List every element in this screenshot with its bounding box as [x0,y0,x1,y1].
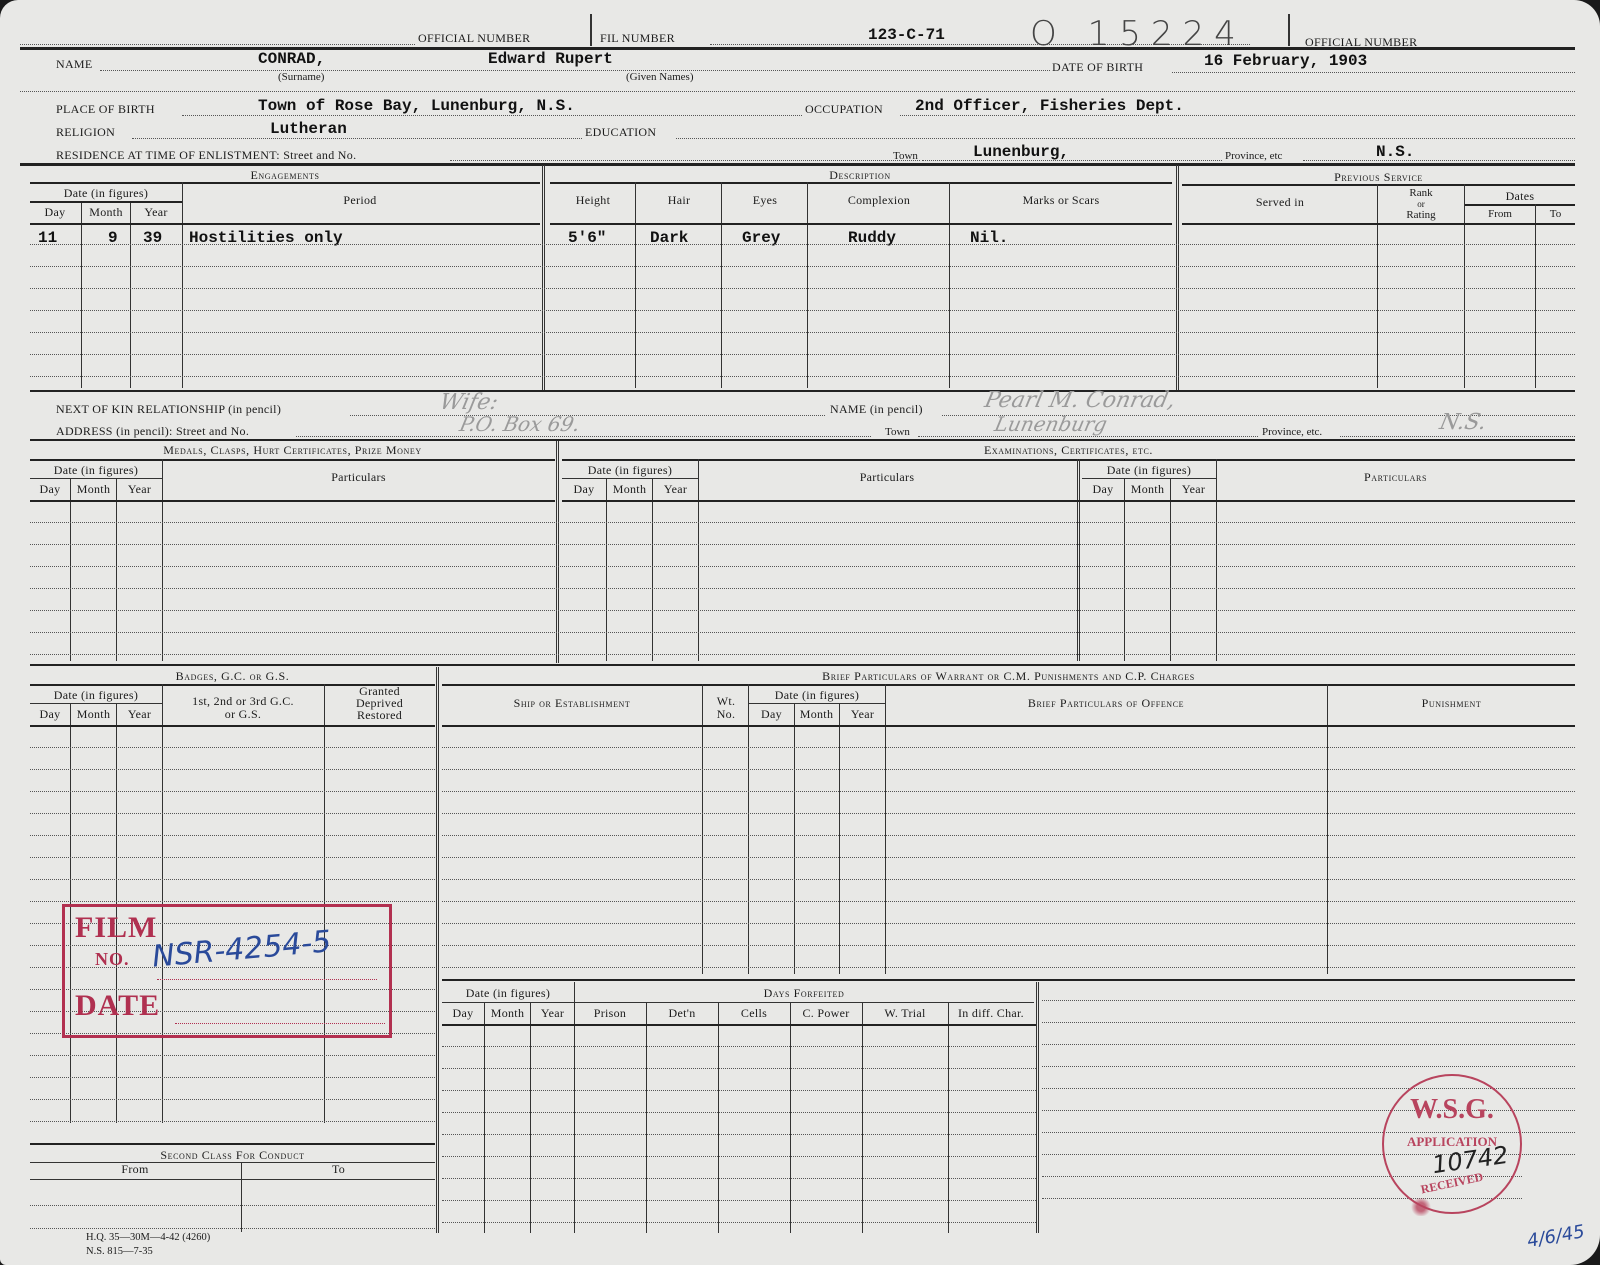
col-divider [1327,684,1328,974]
medals-particulars-header: Particulars [162,470,555,485]
dotted-line [132,138,582,139]
dotted-line [676,138,1575,139]
surname-value: CONRAD, [258,50,325,68]
rule [30,478,162,479]
previous-to-header: To [1536,208,1575,220]
wsg-stamp-title: W.S.G. [1384,1094,1520,1126]
rule [30,201,182,203]
rule [550,182,1172,184]
medals-date-header: Date (in figures) [30,463,162,478]
dotted-line [450,160,920,161]
punishments-offence-header: Brief Particulars of Offence [885,696,1327,711]
description-col-eyes: Eyes [722,193,808,208]
dob-label: DATE OF BIRTH [1052,60,1143,75]
previous-dates-header: Dates [1465,189,1575,204]
dotted-line [1303,160,1575,161]
col-divider [652,478,653,661]
divider [590,14,592,46]
exams2-col-month: Month [1125,482,1170,497]
town-value: Lunenburg, [973,143,1069,161]
divider [436,667,439,1233]
previous-from-header: From [1465,208,1535,220]
description-col-complexion: Complexion [808,193,950,208]
given-names-caption: (Given Names) [626,71,694,83]
rule [574,1002,1034,1003]
engagements-col-day: Day [30,205,80,220]
dotted-line [20,91,1575,92]
occupation-value: 2nd Officer, Fisheries Dept. [915,97,1184,115]
punishments-punishment-header: Punishment [1328,696,1575,711]
exams-col-year: Year [653,482,698,497]
col-divider [885,684,886,974]
place-of-birth-value: Town of Rose Bay, Lunenburg, N.S. [258,97,575,115]
rule [30,459,555,461]
punishments-title: Brief Particulars of Warrant or C.M. Pun… [442,669,1575,684]
film-stamp-film: FILM [75,911,157,945]
col-divider [70,478,71,661]
exams-date-header: Date (in figures) [562,463,698,478]
forfeit-date-header: Date (in figures) [442,986,574,1001]
rule [442,1002,574,1003]
religion-label: RELIGION [56,125,115,140]
previous-rank-header: RankorRating [1378,188,1464,221]
rule [442,725,1575,727]
col-divider [130,203,131,388]
film-stamp-date: DATE [75,989,160,1023]
previous-service-title: Previous Service [1182,170,1575,185]
dotted-line [918,436,1258,437]
engagements-date-header: Date (in figures) [30,186,182,201]
engagements-title: Engagements [30,168,540,183]
exams2-col-year: Year [1171,482,1216,497]
film-stamp-line [175,1023,385,1024]
rule [562,500,1575,502]
col-divider [698,459,699,661]
nok-town-label: Town [885,426,910,438]
exams-particulars-header-2: Particulars [1216,470,1575,485]
punishments-ship-header: Ship or Establishment [442,696,702,711]
col-divider [182,182,183,388]
official-number-label-left: OFFICIAL NUMBER [418,31,530,46]
exams-col-month: Month [607,482,652,497]
rule [1182,184,1575,186]
nok-name-value: Pearl M. Conrad, [982,388,1177,413]
religion-value: Lutheran [270,120,347,138]
nok-province-label: Province, etc. [1262,426,1322,438]
nok-name-label: NAME (in pencil) [830,402,923,417]
dotted-line [20,44,415,45]
dotted-line [30,1228,435,1229]
film-stamp-line [157,979,377,980]
description-col-marks: Marks or Scars [950,193,1172,208]
forfeit-col-detn: Det'n [646,1006,718,1021]
file-number-value: 123-C-71 [868,26,945,44]
col-divider [721,182,722,388]
footer-form-code-1: H.Q. 35—30M—4-42 (4260) [86,1232,210,1243]
place-of-birth-label: PLACE OF BIRTH [56,102,155,117]
rule [1465,204,1575,206]
col-divider [116,478,117,661]
forfeit-col-day: Day [442,1006,484,1021]
nok-relationship-label: NEXT OF KIN RELATIONSHIP (in pencil) [56,402,281,417]
description-title: Description [550,168,1170,183]
divider [542,165,545,390]
rule [749,703,885,704]
col-divider [81,203,82,388]
second-class-to: To [242,1162,435,1177]
film-stamp-no: NO. [95,949,130,970]
col-divider [807,182,808,388]
col-divider [949,182,950,388]
col-divider [162,459,163,661]
badges-col-day: Day [30,707,70,722]
punishments-col-month: Month [794,707,839,722]
forfeit-title: Days Forfeited [574,986,1034,1001]
examinations-title: Examinations, Certificates, etc. [562,443,1575,458]
badges-date-header: Date (in figures) [30,688,162,703]
dotted-line [900,115,1575,116]
residence-label: RESIDENCE AT TIME OF ENLISTMENT: Street … [56,148,356,163]
service-record-card: OFFICIAL NUMBER FIL NUMBER 123-C-71 O 15… [0,0,1600,1265]
engagements-col-month: Month [82,205,130,220]
rule [550,223,1172,225]
rule [30,182,540,184]
description-col-hair: Hair [636,193,722,208]
rule [442,684,1575,686]
occupation-label: OCCUPATION [805,102,883,117]
second-class-from: From [30,1162,240,1177]
nok-town-value: Lunenburg [992,412,1109,436]
punishments-col-day: Day [749,707,794,722]
rule [30,664,1575,666]
rule [30,390,1575,392]
engagements-col-year: Year [132,205,180,220]
col-divider [790,1002,791,1233]
surname-caption: (Surname) [278,71,324,83]
ink-smudge [1410,1198,1432,1216]
province-value: N.S. [1376,143,1414,161]
dotted-line [350,415,825,416]
col-divider [635,182,636,388]
col-divider [748,684,749,974]
rule [562,459,1575,461]
file-number-label: FIL NUMBER [600,31,675,46]
exams2-col-day: Day [1082,482,1124,497]
medals-col-month: Month [71,482,116,497]
forfeit-col-cpower: C. Power [790,1006,862,1021]
rule [30,223,540,225]
province-label: Province, etc [1225,150,1282,162]
rule [20,47,1575,50]
rule [30,439,1575,441]
divider [1288,14,1290,46]
divider [556,441,559,663]
rule [562,478,698,479]
col-divider [948,1002,949,1233]
footer-form-code-2: N.S. 815—7-35 [86,1246,153,1257]
col-divider [646,1002,647,1233]
badges-col-month: Month [71,707,116,722]
rule [442,979,1575,981]
rule [30,725,435,727]
col-divider [1170,478,1171,661]
nok-address-label: ADDRESS (in pencil): Street and No. [56,424,249,439]
dob-value: 16 February, 1903 [1204,52,1367,70]
divider [1036,982,1039,1233]
medals-title: Medals, Clasps, Hurt Certificates, Prize… [30,443,555,458]
col-divider [702,684,703,974]
col-divider [718,1002,719,1233]
col-divider [484,1002,485,1233]
badges-title: Badges, G.C. or G.S. [30,669,435,684]
dotted-line [30,1205,435,1206]
name-label: NAME [56,57,93,72]
forfeit-col-cells: Cells [718,1006,790,1021]
rule [1082,478,1216,479]
exams-particulars-header: Particulars [698,470,1076,485]
forfeit-col-diffchar: In diff. Char. [948,1006,1034,1021]
rule [20,163,1575,166]
col-divider [794,703,795,974]
rule [30,500,555,502]
badges-col-year: Year [117,707,162,722]
town-label: Town [893,150,918,162]
rule [30,1179,435,1180]
given-names-value: Edward Rupert [488,50,613,68]
dotted-line [100,70,1050,71]
col-divider [530,1002,531,1233]
col-divider [241,1162,242,1232]
nok-address-value: P.O. Box 69. [457,412,582,436]
punishments-date-header: Date (in figures) [749,688,885,703]
forfeit-col-year: Year [531,1006,574,1021]
col-divider [1377,184,1378,388]
forfeit-col-prison: Prison [574,1006,646,1021]
col-divider [606,478,607,661]
medals-col-year: Year [117,482,162,497]
engagements-period-header: Period [182,193,538,208]
col-divider [1216,459,1217,661]
rule [1182,223,1575,225]
dotted-line [1172,72,1575,73]
dotted-line [1340,436,1575,437]
dotted-line [296,436,871,437]
col-divider [1124,478,1125,661]
dotted-line [922,160,1222,161]
col-divider [862,1002,863,1233]
forfeit-col-wtrial: W. Trial [862,1006,948,1021]
education-label: EDUCATION [585,125,656,140]
rule [30,1143,435,1145]
dotted-line [182,115,802,116]
punishments-wt-header: Wt.No. [703,695,749,721]
exams-date-header-2: Date (in figures) [1082,463,1216,478]
divider [1176,165,1179,390]
handwritten-date: 4/6/45 [1526,1221,1587,1252]
film-stamp: FILM NO. DATE [62,904,392,1038]
rule [442,1024,1036,1026]
col-divider [1535,204,1536,388]
nok-province-value: N.S. [1437,410,1488,435]
divider [1077,459,1080,661]
rule [30,703,162,704]
second-class-title: Second Class For Conduct [30,1148,435,1163]
exams-col-day: Day [562,482,606,497]
badges-class-header: 1st, 2nd or 3rd G.C.or G.S. [162,695,324,721]
badges-status-header: GrantedDeprivedRestored [324,685,435,721]
col-divider [839,703,840,974]
previous-served-in-header: Served in [1182,195,1378,210]
description-col-height: Height [550,193,636,208]
punishments-col-year: Year [840,707,885,722]
col-divider [1464,184,1465,388]
forfeit-col-month: Month [485,1006,530,1021]
medals-col-day: Day [30,482,70,497]
